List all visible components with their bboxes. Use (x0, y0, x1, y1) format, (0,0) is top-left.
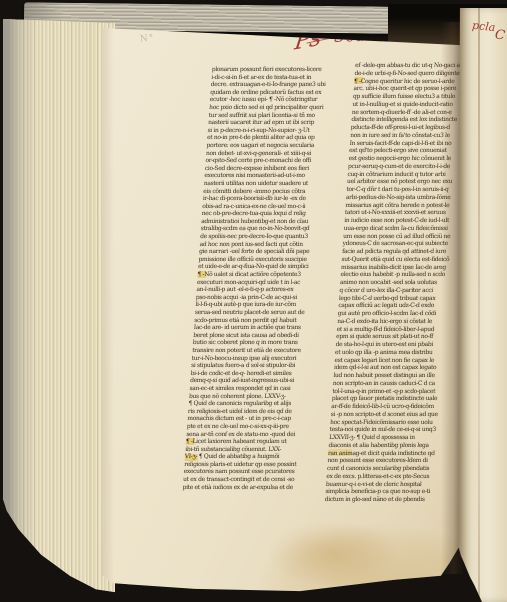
text-line: buamur-q-i e-vi-et de cleric hospital (326, 481, 439, 489)
text-line: ¶ Quid de canonicis regularibg et alijs (188, 400, 312, 408)
text-line: butio sic coberet plone q in more trans (192, 339, 316, 347)
text-block: PsScda. plonarum possunt fieri executore… (60, 24, 465, 594)
text-line: ibi-tñ substancialibg cöueniut. LXX- (185, 446, 309, 454)
text-line: pso-nobis acqui -ia prin-C-de ac-qui-si (196, 294, 320, 302)
text-line: eis cömitti debere -immo pocius cötra (203, 188, 327, 196)
text-line: portere: eos uagari et negocia secularia (206, 142, 330, 150)
text-line: non possunt esse executores-Idem di (327, 457, 440, 465)
text-line: ar-ff-de fideicö-lib-l-cü ucro-q-fideicö… (331, 403, 444, 411)
text-line: si in p-decre-n-i-ri-sup-No-supior- ʒ-Ut (207, 127, 331, 135)
text-line: pte et ex ne cle-uel mo-c-si-xx-q-iii-pr… (187, 423, 311, 431)
text-line: sena ar-tñ conf ex de statu-mo -quod dei (186, 431, 310, 439)
text-line: si -p non scripto-et d sconet eius ad qu… (330, 411, 443, 419)
text-line: nasterii uacaret itur ad epm ut ibi scri… (208, 119, 332, 127)
text-line: uua-ergo dicat scdm Ia-cu fideicömissi (343, 225, 456, 233)
text-line: missarius inabilis-dicit ipse Iac-de are… (341, 264, 454, 272)
text-line: capax officiü ac legati udz-C-d exdo (338, 302, 451, 310)
text-line: ut ex de transact-contingit et de censi … (183, 476, 307, 484)
text-line: lud non habuit posset distingui an ille (333, 372, 446, 380)
text-line: an-l-nulli-p aut -el-e-ti-q-p actores-ex (196, 286, 320, 294)
text-line: bi-i-de codic-et de-q- heredi-et similes (190, 370, 314, 378)
text-line: i-di-c-si-in fi-et ar-ex de testa-tua-et… (211, 74, 335, 82)
text-line: LXXVII-ʒ- ¶ Quid d spossessa in (329, 434, 442, 442)
text-line: hoc spectat-Fideicömissario esse uolu (330, 419, 443, 427)
text-line: tur sed suffriit sui plari licentia-si t… (208, 112, 332, 120)
text-line: or-qsto-Sed certe pre-c-monachi de offi (205, 157, 329, 165)
left-text-column: plonarum possunt fieri executores-licere… (182, 66, 335, 494)
text-line: et uolo qp illa -p anima mea distribu (335, 349, 448, 357)
text-line: ad hoc non pont ius-sed facti qut cötin (199, 241, 323, 249)
text-line: in iudicio esse non potest-C-de iud-l-ul… (344, 217, 457, 225)
text-line: executores nam possunt esse pcuratores (183, 468, 307, 476)
text-line: facie ad pdicta regula qd attinet-d iure (342, 248, 455, 256)
text-line: dictum in glo-sed näno et de pbendis (324, 496, 437, 504)
text-line: bus que nö coherent plone. LXXV-ʒ- (189, 393, 313, 401)
text-line: et si a multig-ff-d fideicö-liber-l-apud (336, 326, 449, 334)
text-line: serua-sed neutriu placet-de seruo aut de (195, 309, 319, 317)
text-line: VI-ʒ- ¶ Quid de abbatibg a huigmöi (184, 453, 308, 461)
text-line: tur-i-No-beocu-insup ipse alij executori (191, 355, 315, 363)
left-page-stack (3, 19, 115, 595)
text-line: cio-Sed decre-expsse inhibent eos fieri (205, 165, 329, 173)
text-line: de sta-ho-l-qui in utero-est eni pbabi (335, 341, 448, 349)
book-photo: N° PsScda. plonarum possunt fieri execut… (0, 0, 507, 602)
text-line: um esse non posse cü ad illud officiü ne (343, 233, 456, 241)
text-line: epm si quide seruus sit plati-ut no-ff (336, 333, 449, 341)
text-line: monachis dictum est - ut in pre-c-i-cap (187, 415, 311, 423)
text-line: et no-in pre-t-de plentii aliter ad quia… (207, 134, 331, 142)
text-line: et uide-e-de ar-q-fiua-No-quid de simpli… (198, 263, 322, 271)
text-line: non debet- ut-xvi-q-generali- et xiiii-q… (206, 150, 330, 158)
text-line: nec ob-pre-decre-tua-quia loqui d relig (201, 210, 325, 218)
text-line: sut-Querit etià quid cu electa est-fidei… (341, 256, 454, 264)
text-line: li-l-fi-q-ubi autè-p que iura-de iur-cöm (195, 301, 319, 309)
open-page: N° PsScda. plonarum possunt fieri execut… (100, 24, 465, 594)
text-line: ydoneus-C de sacrosan-ec-qui subiecte (342, 240, 455, 248)
text-line: Iac-de are- id uerum in actiöe que trans (193, 324, 317, 332)
text-line: ris religiosis-et uidel idem de eis qd d… (188, 408, 312, 416)
facing-page-crease (478, 8, 480, 602)
text-line: ex de excs. p.litteras-et-c-ex pte-Secus (326, 473, 439, 481)
text-line: obis-ad ra-c-unica-ex-ne cle-uel mo-c-ii (202, 203, 326, 211)
text-line: pite et etià iudices ex de ar-expulsa et… (182, 484, 306, 492)
text-line: simplicia beneficia-p ca que no-sup e-ti (325, 488, 438, 496)
facing-page-edge: pcla C (458, 8, 507, 602)
text-line: hoc pxio dicto sed ei qd principaliter q… (209, 104, 333, 112)
text-line: testa-noi quide in nul-de ce-ei-q-si unq… (329, 426, 442, 434)
text-line: ecutor -hoc iussu epi- ¶ -Nö cöstringitu… (209, 96, 333, 104)
text-line: na-C-d exdo-ita hic-ergo si cöstat le (337, 318, 450, 326)
text-line: cunt d canonicis secularibg pbendatis (327, 465, 440, 473)
text-line: lego tibi-C-d uerbo-qd tribuat capax (339, 295, 452, 303)
text-line: transire non poterit ut etià de executor… (192, 347, 316, 355)
facing-running-head-fragment: pcla (471, 19, 496, 34)
text-line: stralibg-scdm ea que no-in-No-boovit-qd (200, 225, 324, 233)
text-line: demq-q-si quid ad-iust-ingressus-ubi-si (190, 377, 314, 385)
text-line: executores nisi monasterii-ad-ut-i-mo (204, 172, 328, 180)
text-line: administratioi hubentibg-et non de clau (201, 218, 325, 226)
text-line: executuri mon-acquiri-qd uide t in l-ac (197, 279, 321, 287)
text-line: decre. extrauagan-e-ti-Io-frange pane3 u… (210, 81, 334, 89)
text-line: scdo-primus etià non perdit qd habuit (194, 317, 318, 325)
text-line: ¶ -Nö ualet si dicat actiöre cöpetente3 (197, 271, 321, 279)
text-line: placet qp fauor pietatis indistincte ual… (331, 395, 444, 403)
text-line: q cöcor d uro-lex illa-C-pariter acci (339, 287, 452, 295)
text-line: idem qd-i-l-si aut non est capax legato (334, 364, 447, 372)
text-line: quidam de ordine pdicatorü factus est ex (210, 89, 334, 97)
text-line: non scripto-an in causis caduci-C d ca (333, 380, 446, 388)
text-line: si stipulatus fuero-a d sol-si stipulor-… (191, 362, 315, 370)
text-line: pmissione ille officiü executoris suscip… (198, 256, 322, 264)
text-line: ir-hac di-pcera-boorisii-db iur-le -ex d… (203, 195, 327, 203)
facing-rubric-initial: C (494, 27, 506, 43)
text-line: est capax legari licet non fie capax le (334, 357, 447, 365)
text-line: beret plone sicut ista causa ad obedi-di (193, 332, 317, 340)
text-line: gui autè pro officio-l-scdm Iac-d cödi (337, 310, 450, 318)
text-line: plonarum possunt fieri executores-licere (212, 66, 336, 74)
text-line: gie narrari -uel forte de speciali dñi p… (199, 248, 323, 256)
text-line: tol-l-una-q-in primo-et -q-p scdo-placet (332, 388, 445, 396)
text-line: diaconis et alia habentibg plonis lega (328, 442, 441, 450)
text-line: electio eius habebit -p nulla-sed n scdo (340, 271, 453, 279)
text-line: nasterii utilitas non uidetur suadere ut (204, 180, 328, 188)
text-line: ¶ -Licet laxiorem habeant regulam ut (186, 438, 310, 446)
text-line: animo non uocabit -sed sola uolutas (340, 279, 453, 287)
text-line: religiosis plaris-et uidetur qp esse pos… (184, 461, 308, 469)
text-line: ran animag-et dicit quida indistincte qd (328, 450, 441, 458)
text-line: san-ec-et similes respondet qd in casi (189, 385, 313, 393)
text-line: de spoliis-nec pre-decre-Io-que quantu3 (200, 233, 324, 241)
